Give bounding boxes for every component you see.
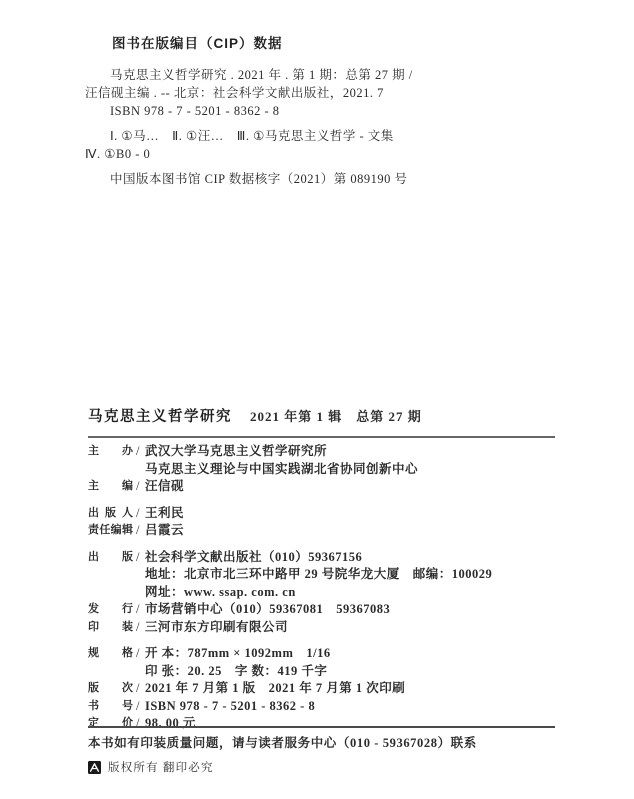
value-line: 三河市东方印刷有限公司: [145, 619, 288, 637]
row-edition: 版次 / 2021 年 7 月第 1 版 2021 年 7 月第 1 次印刷: [88, 680, 555, 698]
ssap-logo-icon: [88, 761, 101, 774]
slash-separator: /: [136, 619, 140, 637]
slash-separator: /: [136, 505, 140, 523]
slash-separator: /: [136, 698, 140, 716]
field-value: 武汉大学马克思主义哲学研究所 马克思主义理论与中国实践湖北省协同创新中心: [145, 443, 418, 478]
field-label: 责任编辑: [88, 522, 133, 540]
field-value: 社会科学文献出版社（010）59367156 地址：北京市北三环中路甲 29 号…: [145, 549, 492, 602]
field-value: 市场营销中心（010）59367081 59367083: [145, 601, 390, 619]
horizontal-rule-top: [88, 436, 555, 438]
field-value: 王利民: [145, 505, 184, 523]
colophon-block: 马克思主义哲学研究2021 年第 1 辑 总第 27 期 主办 / 武汉大学马克…: [88, 409, 555, 733]
cip-classification-line: Ⅰ. ①马… Ⅱ. ①汪… Ⅲ. ①马克思主义哲学 - 文集: [85, 127, 560, 145]
value-line: 社会科学文献出版社（010）59367156: [145, 549, 492, 567]
service-note: 本书如有印装质量问题，请与读者服务中心（010 - 59367028）联系: [88, 735, 555, 751]
cip-record-number: 中国版本图书馆 CIP 数据核字（2021）第 089190 号: [85, 170, 560, 188]
value-line: 汪信砚: [145, 478, 184, 496]
slash-separator: /: [136, 478, 140, 496]
field-label: 主编: [88, 478, 133, 496]
colophon-rows: 主办 / 武汉大学马克思主义哲学研究所 马克思主义理论与中国实践湖北省协同创新中…: [88, 443, 555, 733]
horizontal-rule-bottom: [88, 726, 555, 728]
row-distribution: 发行 / 市场营销中心（010）59367081 59367083: [88, 601, 555, 619]
value-line: ISBN 978 - 7 - 5201 - 8362 - 8: [145, 698, 315, 716]
field-label: 版次: [88, 680, 133, 698]
field-label: 出版: [88, 549, 133, 567]
field-label: 主办: [88, 443, 133, 461]
row-isbn: 书号 / ISBN 978 - 7 - 5201 - 8362 - 8: [88, 698, 555, 716]
cip-classification-line: Ⅳ. ①B0 - 0: [85, 145, 560, 163]
cip-record-line: 马克思主义哲学研究 . 2021 年 . 第 1 期：总第 27 期 /: [85, 66, 560, 84]
slash-separator: /: [136, 601, 140, 619]
cip-record-line: 汪信砚主编 . -- 北京：社会科学文献出版社，2021. 7: [85, 84, 560, 102]
cip-block: 图书在版编目（CIP）数据 马克思主义哲学研究 . 2021 年 . 第 1 期…: [85, 35, 560, 188]
value-line: 吕霞云: [145, 522, 184, 540]
field-value: ISBN 978 - 7 - 5201 - 8362 - 8: [145, 698, 315, 716]
issue-info: 2021 年第 1 辑 总第 27 期: [250, 409, 422, 424]
value-line: 市场营销中心（010）59367081 59367083: [145, 601, 390, 619]
field-label: 印装: [88, 619, 133, 637]
field-label: 规格: [88, 645, 133, 663]
cip-classification-paragraph: Ⅰ. ①马… Ⅱ. ①汪… Ⅲ. ①马克思主义哲学 - 文集 Ⅳ. ①B0 - …: [85, 127, 560, 163]
field-value: 汪信砚: [145, 478, 184, 496]
slash-separator: /: [136, 645, 140, 663]
row-format: 规格 / 开 本：787mm × 1092mm 1/16 印 张：20. 25 …: [88, 645, 555, 680]
row-chief-editor: 主编 / 汪信砚: [88, 478, 555, 496]
row-publisher-person: 出版人 / 王利民: [88, 505, 555, 523]
row-publisher: 出版 / 社会科学文献出版社（010）59367156 地址：北京市北三环中路甲…: [88, 549, 555, 602]
value-line: 印 张：20. 25 字 数：419 千字: [145, 663, 331, 681]
slash-separator: /: [136, 522, 140, 540]
field-value: 三河市东方印刷有限公司: [145, 619, 288, 637]
value-line: 武汉大学马克思主义哲学研究所: [145, 443, 418, 461]
row-responsible-editor: 责任编辑 / 吕霞云: [88, 522, 555, 540]
field-label: 书号: [88, 698, 133, 716]
footer-block: 本书如有印装质量问题，请与读者服务中心（010 - 59367028）联系 版权…: [88, 726, 555, 775]
copyright-page: 图书在版编目（CIP）数据 马克思主义哲学研究 . 2021 年 . 第 1 期…: [0, 0, 634, 799]
slash-separator: /: [136, 680, 140, 698]
value-line: 王利民: [145, 505, 184, 523]
cip-record-number-paragraph: 中国版本图书馆 CIP 数据核字（2021）第 089190 号: [85, 170, 560, 188]
copyright-line: 版权所有 翻印必究: [88, 759, 555, 775]
slash-separator: /: [136, 549, 140, 567]
cip-heading: 图书在版编目（CIP）数据: [85, 35, 560, 53]
cip-record-line: ISBN 978 - 7 - 5201 - 8362 - 8: [85, 102, 560, 120]
value-line: 马克思主义理论与中国实践湖北省协同创新中心: [145, 461, 418, 479]
field-label: 发行: [88, 601, 133, 619]
value-line: 网址：www. ssap. com. cn: [145, 584, 492, 602]
value-line: 开 本：787mm × 1092mm 1/16: [145, 645, 331, 663]
value-line: 2021 年 7 月第 1 版 2021 年 7 月第 1 次印刷: [145, 680, 405, 698]
cip-record-paragraph: 马克思主义哲学研究 . 2021 年 . 第 1 期：总第 27 期 / 汪信砚…: [85, 66, 560, 120]
book-title: 马克思主义哲学研究: [88, 409, 232, 425]
copyright-notice: 版权所有 翻印必究: [108, 759, 214, 775]
slash-separator: /: [136, 443, 140, 461]
field-value: 吕霞云: [145, 522, 184, 540]
field-value: 开 本：787mm × 1092mm 1/16 印 张：20. 25 字 数：4…: [145, 645, 331, 680]
field-value: 2021 年 7 月第 1 版 2021 年 7 月第 1 次印刷: [145, 680, 405, 698]
field-label: 出版人: [88, 505, 133, 523]
row-organizer: 主办 / 武汉大学马克思主义哲学研究所 马克思主义理论与中国实践湖北省协同创新中…: [88, 443, 555, 478]
book-title-line: 马克思主义哲学研究2021 年第 1 辑 总第 27 期: [88, 409, 555, 425]
value-line: 地址：北京市北三环中路甲 29 号院华龙大厦 邮编：100029: [145, 566, 492, 584]
row-printing: 印装 / 三河市东方印刷有限公司: [88, 619, 555, 637]
